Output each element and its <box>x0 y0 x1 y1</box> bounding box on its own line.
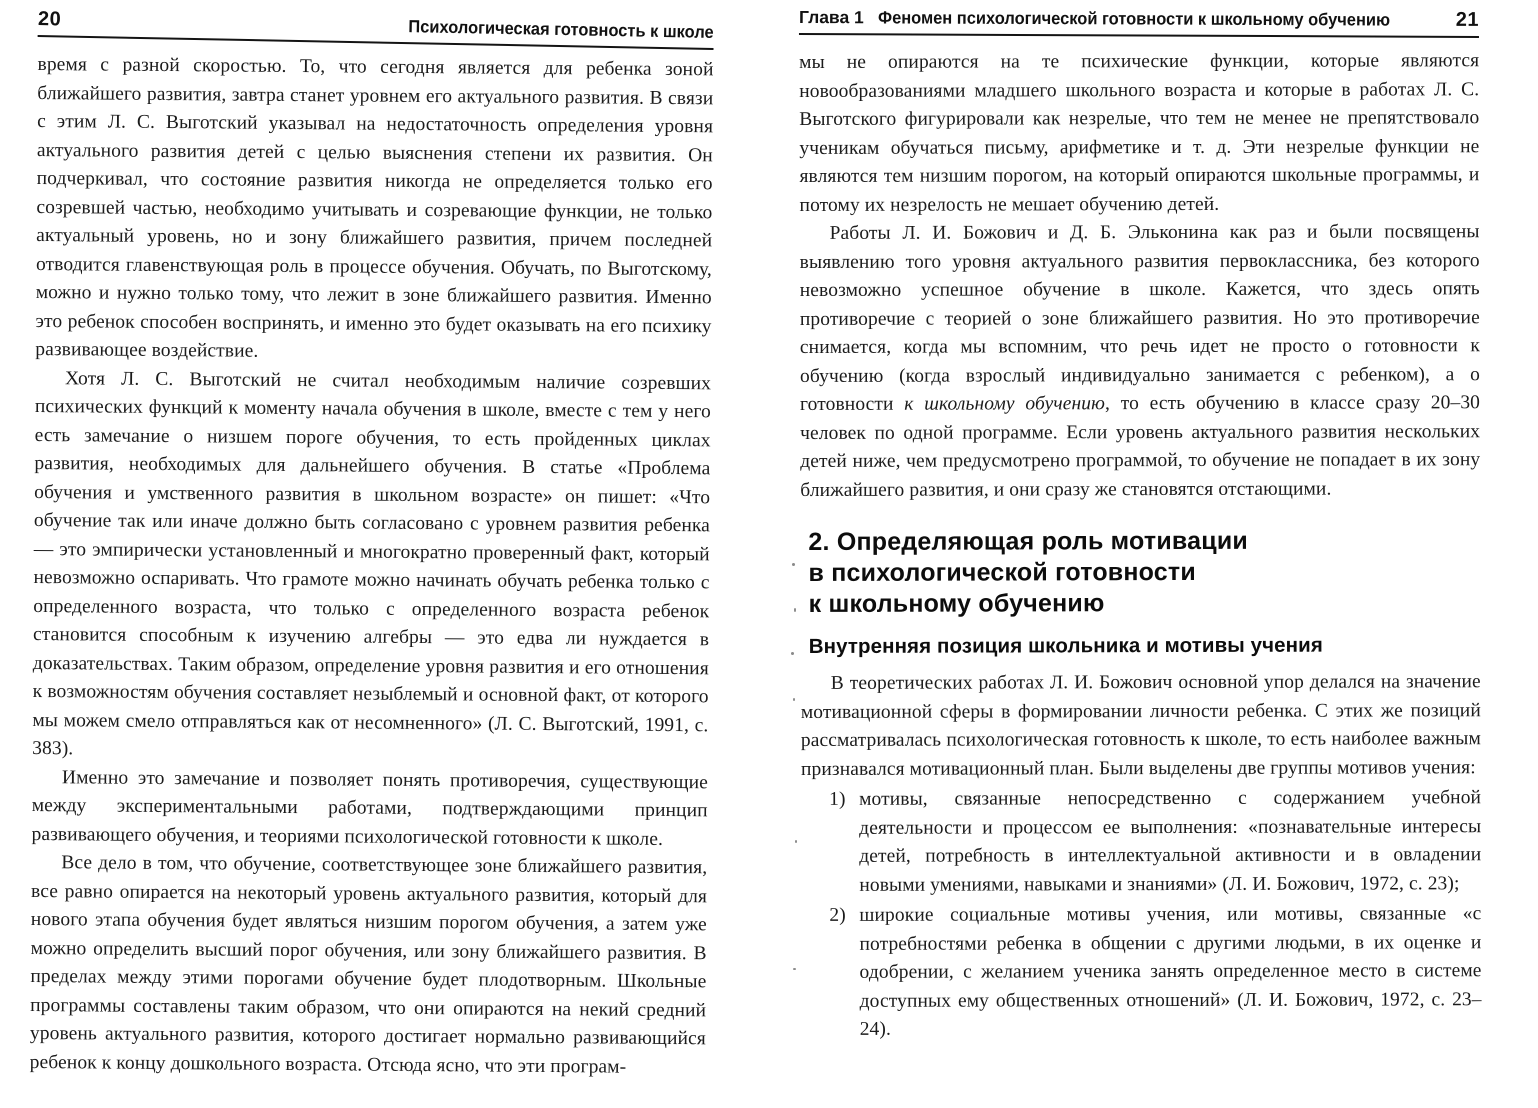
scan-speck <box>794 608 796 612</box>
motives-list: 1) мотивы, связанные непосредственно с с… <box>801 784 1482 1044</box>
chapter-label: Глава 1 <box>799 7 864 28</box>
right-page-body: мы не опираются на те психические функци… <box>799 47 1482 1044</box>
paragraph: мы не опираются на те психические функци… <box>799 47 1479 220</box>
list-item-text: мотивы, связанные непосредственно с соде… <box>859 784 1481 900</box>
paragraph: В теоретических работах Л. И. Божович ос… <box>801 668 1481 784</box>
italic-phrase: к школьному обучению <box>904 393 1105 415</box>
list-item-text: широкие социальные мотивы учения, или мо… <box>859 900 1481 1044</box>
scan-speck <box>795 840 797 843</box>
section-heading: 2. Определяющая роль мотивации в психоло… <box>808 525 1480 620</box>
list-item: 2) широкие социальные мотивы учения, или… <box>829 900 1481 1044</box>
paragraph-segment: Работы Л. И. Божович и Д. Б. Эльконина к… <box>800 221 1480 415</box>
right-page-number: 21 <box>1456 9 1479 32</box>
scan-speck <box>793 968 796 970</box>
right-running-title: Феномен психологической готовности к шко… <box>878 7 1412 30</box>
left-page-number: 20 <box>38 8 62 31</box>
right-page: Глава 1 Феномен психологической готовнос… <box>769 0 1538 1108</box>
list-item-marker: 2) <box>829 902 859 1045</box>
left-page-body: время с разной скоростью. То, что сегодн… <box>30 51 714 1082</box>
book-spread: 20 Психологическая готовность к школе вр… <box>0 0 1538 1108</box>
scan-speck <box>791 652 794 655</box>
left-running-title: Психологическая готовность к школе <box>408 16 714 43</box>
left-running-head: 20 Психологическая готовность к школе <box>38 8 714 50</box>
left-page: 20 Психологическая готовность к школе вр… <box>0 0 769 1108</box>
right-running-head: Глава 1 Феномен психологической готовнос… <box>799 6 1479 38</box>
list-item: 1) мотивы, связанные непосредственно с с… <box>829 784 1481 900</box>
paragraph: время с разной скоростью. То, что сегодн… <box>35 51 713 370</box>
subsection-heading: Внутренняя позиция школьника и мотивы уч… <box>809 632 1481 660</box>
paragraph: Именно это замечание и позволяет понять … <box>31 763 708 854</box>
scan-speck <box>793 698 795 701</box>
list-item-marker: 1) <box>829 786 859 900</box>
paragraph: Хотя Л. С. Выготский не считал необходим… <box>32 364 711 768</box>
paragraph: Все дело в том, что обучение, соответств… <box>30 849 708 1082</box>
scan-speck <box>792 563 795 566</box>
paragraph-with-italic: Работы Л. И. Божович и Д. Б. Эльконина к… <box>800 218 1481 505</box>
